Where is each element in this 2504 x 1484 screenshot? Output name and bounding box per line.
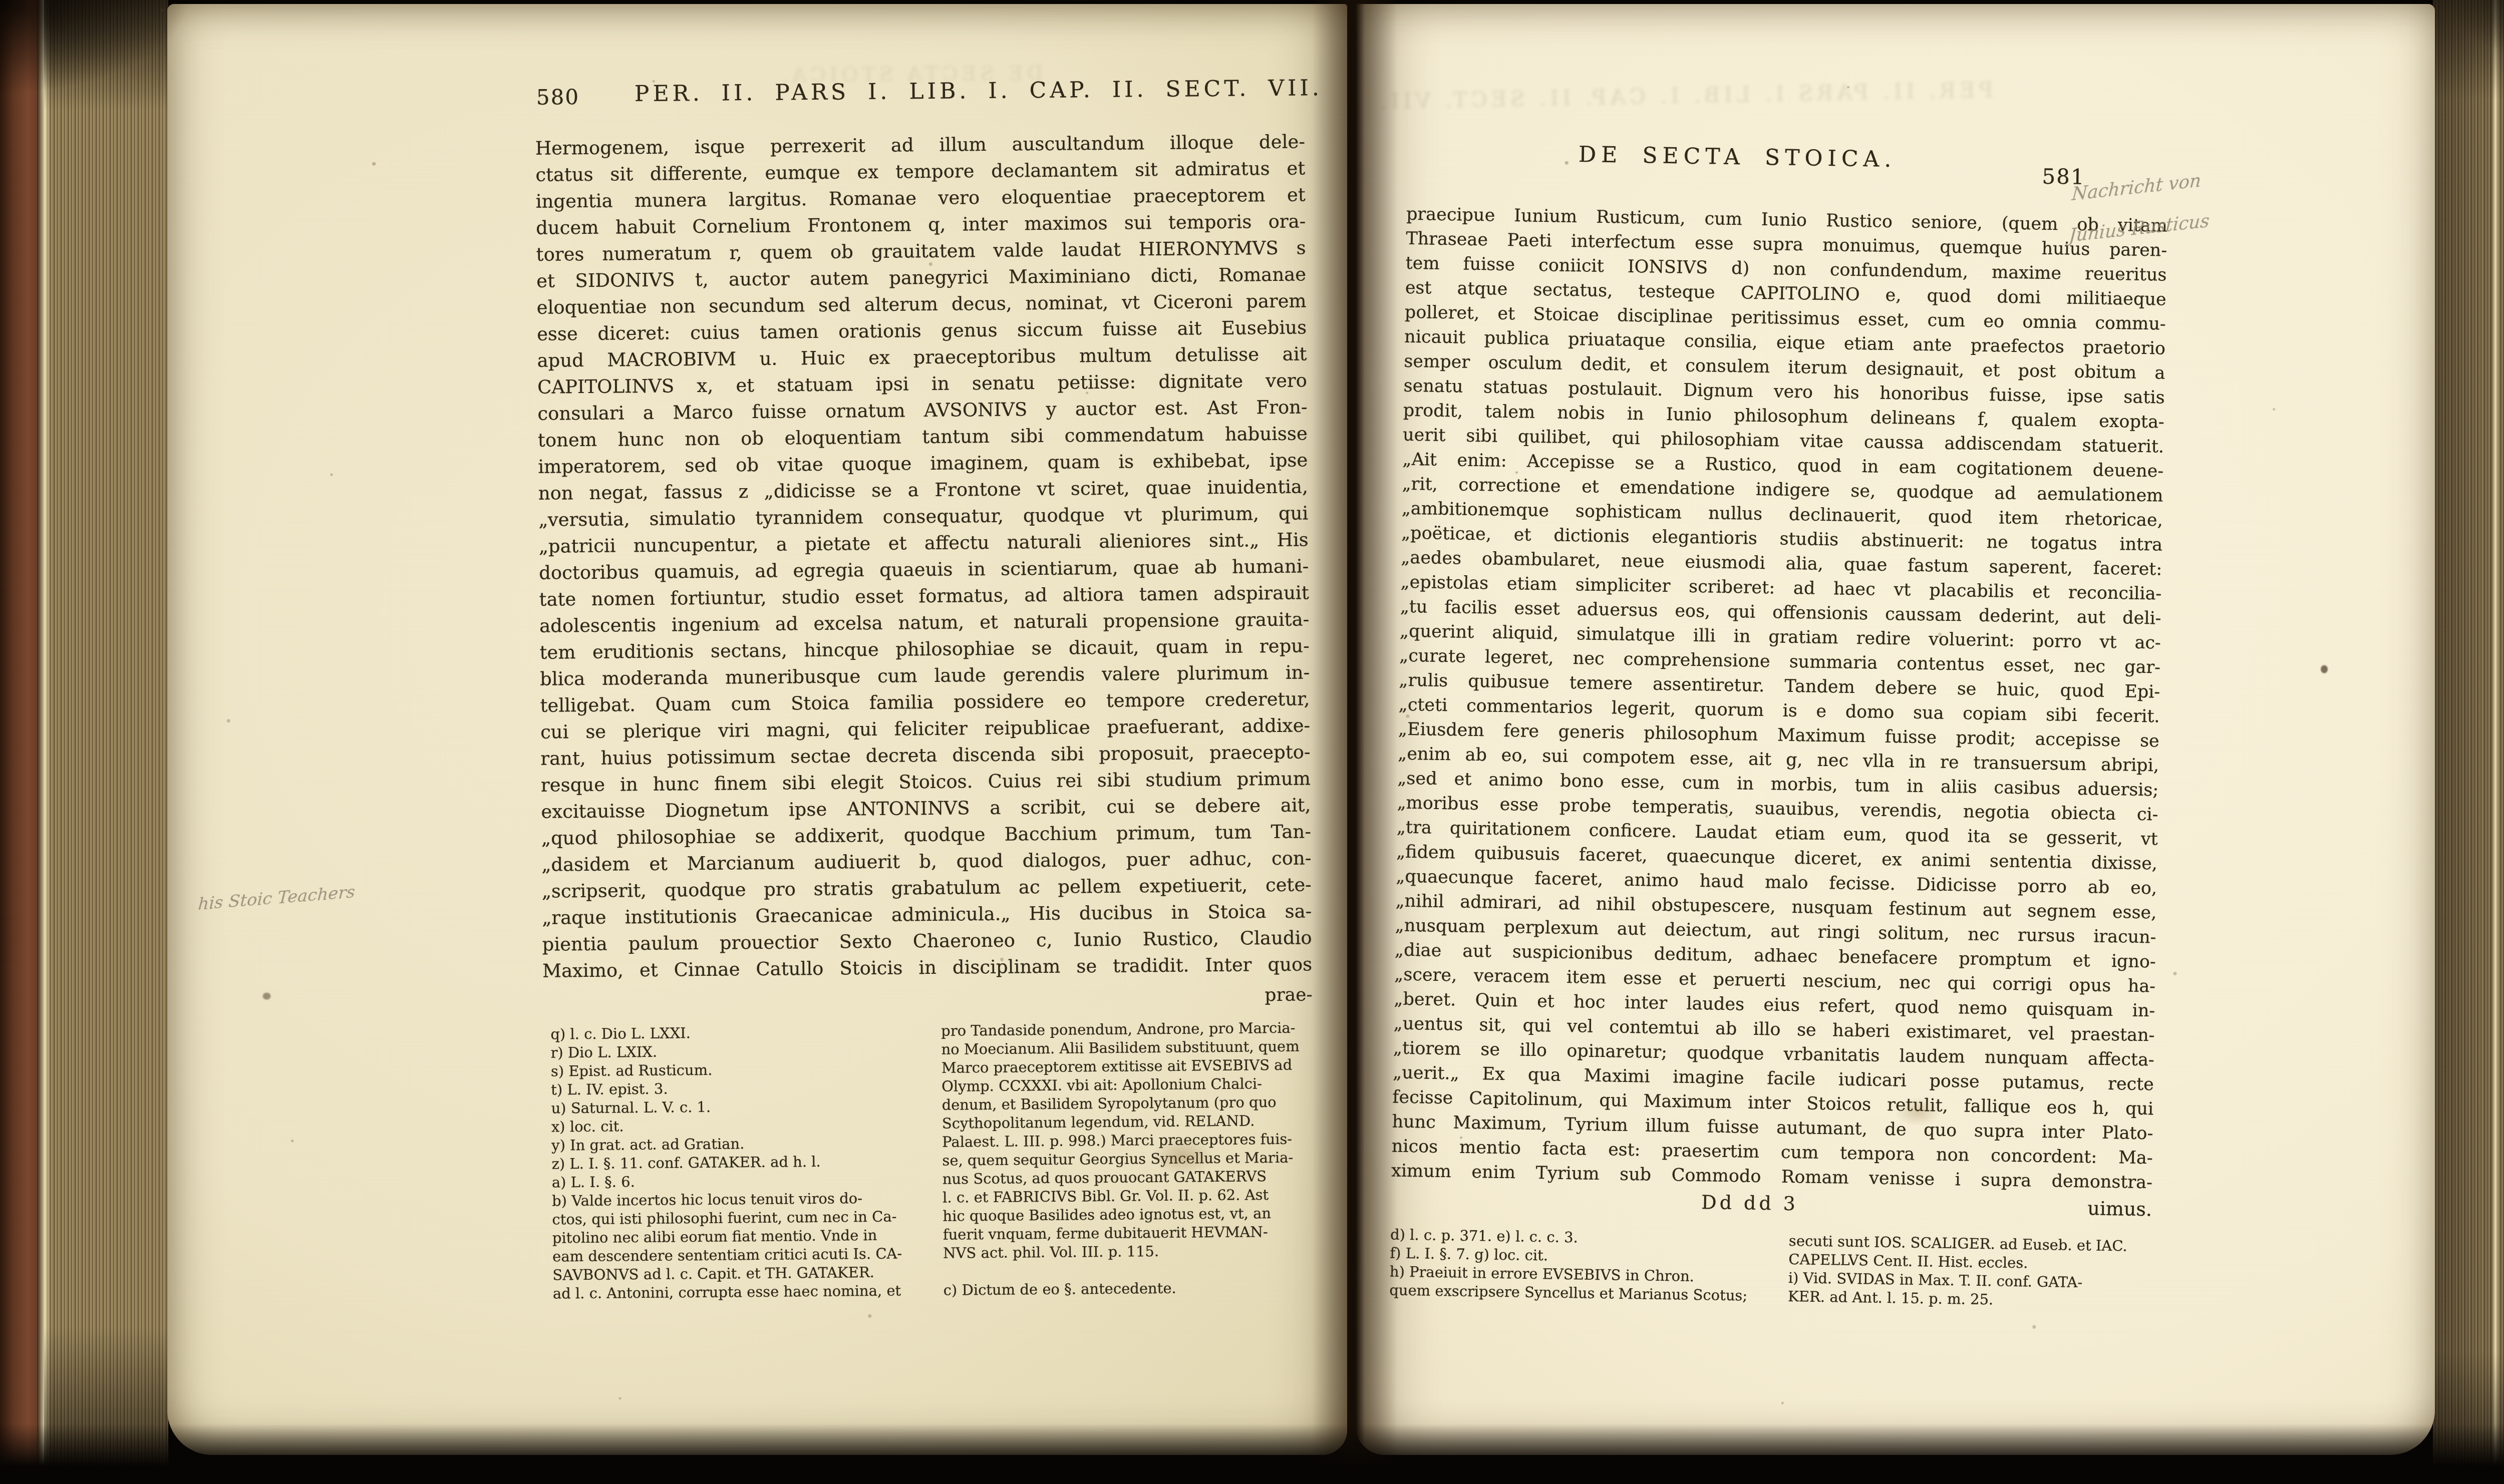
footnotes-right-col1: d) l. c. p. 371. e) l. c. c. 3. f) L. I.… xyxy=(1389,1225,1781,1305)
ink-speck xyxy=(2321,665,2328,673)
handwritten-margin-note-right: Nachricht von Junius Rusticus xyxy=(2068,146,2332,257)
paper-specks xyxy=(1358,3,1360,6)
running-head-left: PER. II. PARS I. LIB. I. CAP. II. SECT. … xyxy=(635,75,1323,107)
page-stack-left-edge xyxy=(44,0,168,1484)
footnotes-left-col1: q) l. c. Dio L. LXXI. r) Dio L. LXIX. s)… xyxy=(550,1022,938,1303)
running-head-right: DE SECTA STOICA. xyxy=(1579,142,1897,172)
ink-speck xyxy=(263,992,271,999)
body-text-left: Hermogenem, isque perrexerit ad illum au… xyxy=(535,128,1313,984)
paper-specks xyxy=(161,9,163,12)
page-left: DE SECTA STOICA. 580 PER. II. PARS I. LI… xyxy=(167,4,1347,1455)
bleedthrough-ghost-right: PER. II. PARS I. LIB. I. CAP. II. SECT. … xyxy=(1376,78,1994,114)
catchword-right: uimus. xyxy=(2087,1197,2152,1220)
page-stack-right-edge xyxy=(2433,0,2504,1484)
page-right: PER. II. PARS I. LIB. I. CAP. II. SECT. … xyxy=(1355,4,2435,1455)
gathering-signature-mark: Dd dd 3 xyxy=(1701,1191,1798,1215)
footnotes-right-col2: secuti sunt IOS. SCALIGER. ad Euseb. et … xyxy=(1788,1232,2154,1311)
catchword-left: prae- xyxy=(543,984,1313,1011)
footnotes-left-col2: pro Tandaside ponendum, Androne, pro Mar… xyxy=(941,1018,1324,1300)
open-book-scan: DE SECTA STOICA. 580 PER. II. PARS I. LI… xyxy=(0,0,2504,1484)
body-text-right: praecipue Iunium Rusticum, cum Iunio Rus… xyxy=(1391,202,2168,1196)
handwritten-margin-note-left: his Stoic Teachers xyxy=(197,877,408,915)
page-number-left: 580 xyxy=(536,85,580,110)
